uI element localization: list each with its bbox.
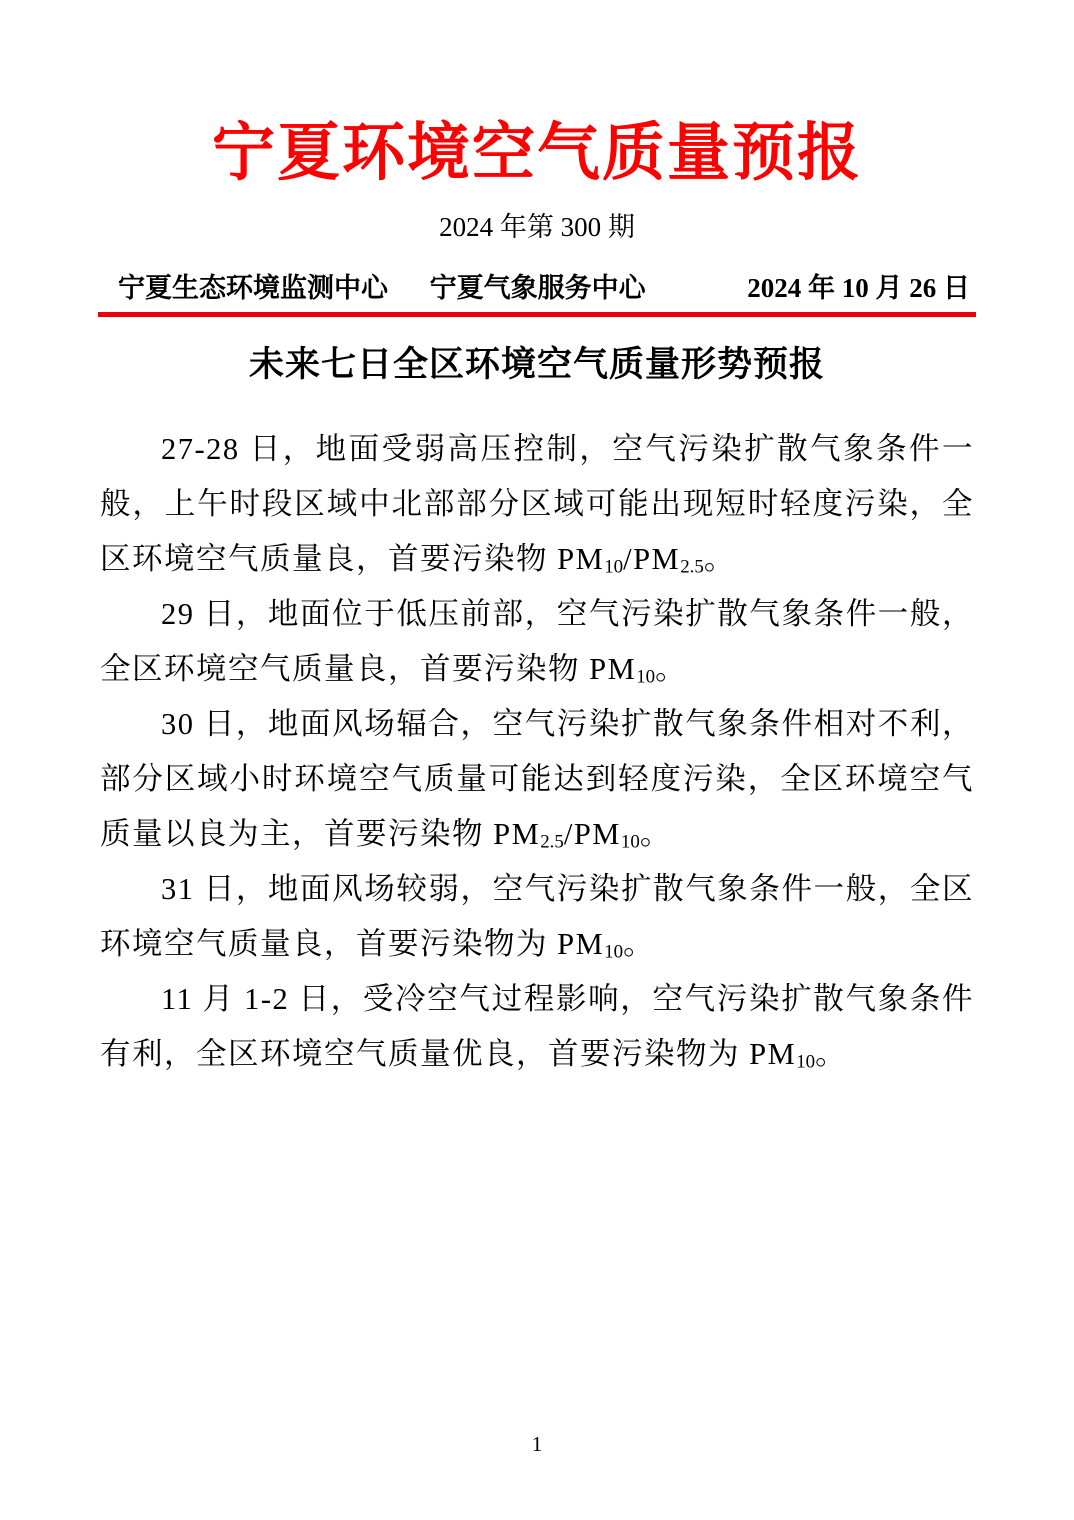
header-row: 宁夏生态环境监测中心 宁夏气象服务中心 2024 年 10 月 26 日 [100,274,974,304]
paragraph-day-31: 31 日，地面风场较弱，空气污染扩散气象条件一般，全区环境空气质量良，首要污染物… [100,862,974,972]
divider-rule [98,312,976,317]
document-page: { "document": { "title": "宁夏环境空气质量预报", "… [0,0,1074,1520]
forecast-body: 27-28 日，地面受弱高压控制，空气污染扩散气象条件一般，上午时段区域中北部部… [100,422,974,1082]
org-left-label: 宁夏生态环境监测中心 [118,274,388,304]
paragraph-day-30: 30 日，地面风场辐合，空气污染扩散气象条件相对不利，部分区域小时环境空气质量可… [100,697,974,862]
org-center-label: 宁夏气象服务中心 [430,274,646,304]
issue-number: 2024 年第 300 期 [100,213,974,243]
section-heading: 未来七日全区环境空气质量形势预报 [100,344,974,386]
paragraph-day-29: 29 日，地面位于低压前部，空气污染扩散气象条件一般，全区环境空气质量良，首要污… [100,587,974,697]
page-title: 宁夏环境空气质量预报 [100,118,974,189]
paragraph-day-27-28: 27-28 日，地面受弱高压控制，空气污染扩散气象条件一般，上午时段区域中北部部… [100,422,974,587]
page-number: 1 [0,1432,1074,1457]
report-date: 2024 年 10 月 26 日 [747,274,970,304]
paragraph-nov-1-2: 11 月 1-2 日，受冷空气过程影响，空气污染扩散气象条件有利，全区环境空气质… [100,972,974,1082]
page-content: 宁夏环境空气质量预报 2024 年第 300 期 宁夏生态环境监测中心 宁夏气象… [100,0,974,1082]
